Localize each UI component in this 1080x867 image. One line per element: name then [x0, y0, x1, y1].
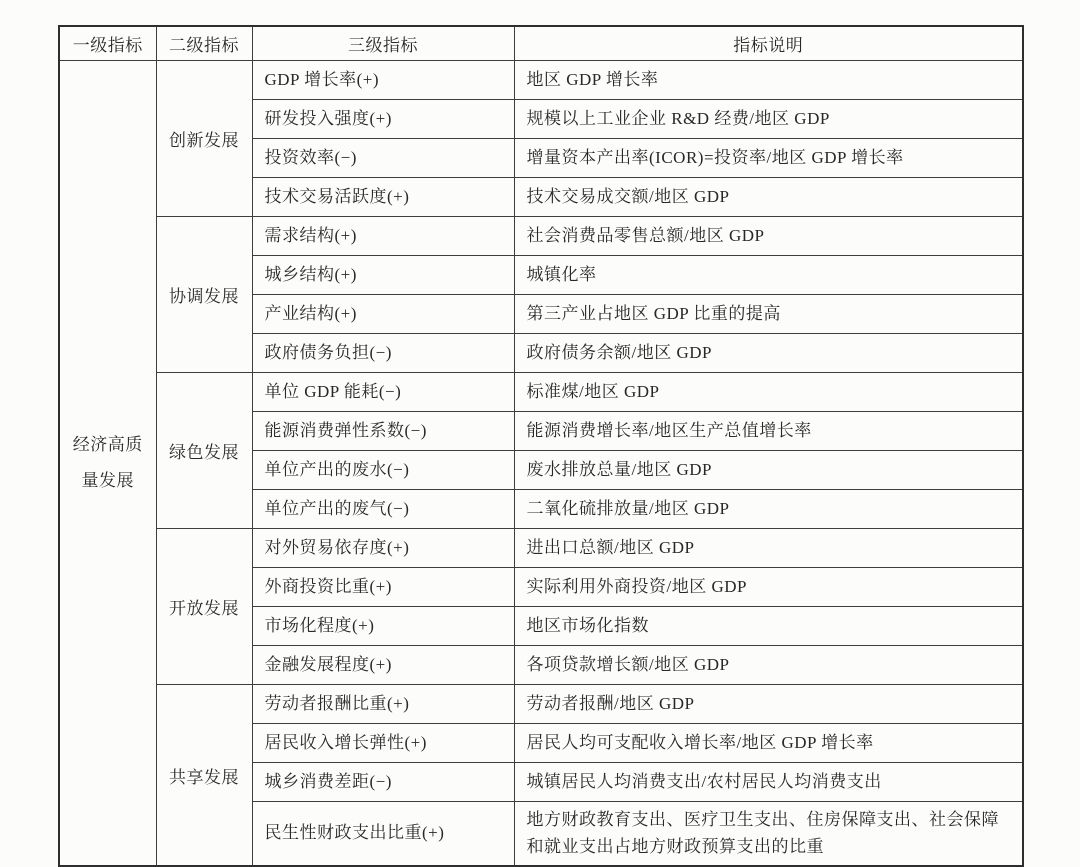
description-cell: 规模以上工业企业 R&D 经费/地区 GDP	[514, 100, 1023, 139]
level2-cell-shared: 共享发展	[156, 685, 252, 777]
header-row: 一级指标 二级指标 三级指标 指标说明	[59, 26, 1023, 61]
indicator-cell: 金融发展程度(+)	[252, 646, 514, 685]
description-cell: 城镇居民人均消费支出/农村居民人均消费支出	[514, 763, 1023, 777]
description-cell: 二氧化硫排放量/地区 GDP	[514, 490, 1023, 529]
indicator-cell: 对外贸易依存度(+)	[252, 529, 514, 568]
level2-cell-coordination: 协调发展	[156, 217, 252, 373]
description-cell: 地区市场化指数	[514, 607, 1023, 646]
level2-cell-green: 绿色发展	[156, 373, 252, 529]
description-cell: 各项贷款增长额/地区 GDP	[514, 646, 1023, 685]
indicator-cell: 单位 GDP 能耗(−)	[252, 373, 514, 412]
description-cell: 地区 GDP 增长率	[514, 61, 1023, 100]
table-row: 经济高质量发展 创新发展 GDP 增长率(+) 地区 GDP 增长率	[59, 61, 1023, 100]
indicator-cell: 技术交易活跃度(+)	[252, 178, 514, 217]
description-cell: 城镇化率	[514, 256, 1023, 295]
description-cell: 废水排放总量/地区 GDP	[514, 451, 1023, 490]
description-cell: 第三产业占地区 GDP 比重的提高	[514, 295, 1023, 334]
description-cell: 增量资本产出率(ICOR)=投资率/地区 GDP 增长率	[514, 139, 1023, 178]
indicator-cell: 单位产出的废水(−)	[252, 451, 514, 490]
indicator-cell: 研发投入强度(+)	[252, 100, 514, 139]
description-cell: 实际利用外商投资/地区 GDP	[514, 568, 1023, 607]
description-cell: 技术交易成交额/地区 GDP	[514, 178, 1023, 217]
header-indicator-description: 指标说明	[514, 26, 1023, 61]
indicator-cell: 城乡结构(+)	[252, 256, 514, 295]
header-level2-indicator: 二级指标	[156, 26, 252, 61]
description-cell: 标准煤/地区 GDP	[514, 373, 1023, 412]
description-cell: 进出口总额/地区 GDP	[514, 529, 1023, 568]
indicator-cell: 产业结构(+)	[252, 295, 514, 334]
indicator-cell: 外商投资比重(+)	[252, 568, 514, 607]
level2-cell-open: 开放发展	[156, 529, 252, 685]
level1-cell: 经济高质量发展	[59, 61, 156, 777]
document-page: 一级指标 二级指标 三级指标 指标说明 经济高质量发展 创新发展 GDP 增长率…	[58, 25, 1024, 776]
indicator-cell: 劳动者报酬比重(+)	[252, 685, 514, 724]
indicator-cell: 市场化程度(+)	[252, 607, 514, 646]
description-cell: 劳动者报酬/地区 GDP	[514, 685, 1023, 724]
indicator-cell: 能源消费弹性系数(−)	[252, 412, 514, 451]
table-row: 绿色发展 单位 GDP 能耗(−) 标准煤/地区 GDP	[59, 373, 1023, 412]
description-cell: 居民人均可支配收入增长率/地区 GDP 增长率	[514, 724, 1023, 763]
description-cell: 社会消费品零售总额/地区 GDP	[514, 217, 1023, 256]
table-row: 协调发展 需求结构(+) 社会消费品零售总额/地区 GDP	[59, 217, 1023, 256]
header-level3-indicator: 三级指标	[252, 26, 514, 61]
description-cell: 能源消费增长率/地区生产总值增长率	[514, 412, 1023, 451]
indicator-cell: 投资效率(−)	[252, 139, 514, 178]
indicator-cell: 居民收入增长弹性(+)	[252, 724, 514, 763]
indicator-cell: 政府债务负担(−)	[252, 334, 514, 373]
indicator-system-table: 一级指标 二级指标 三级指标 指标说明 经济高质量发展 创新发展 GDP 增长率…	[58, 25, 1024, 776]
indicator-cell: 需求结构(+)	[252, 217, 514, 256]
table-row: 开放发展 对外贸易依存度(+) 进出口总额/地区 GDP	[59, 529, 1023, 568]
level2-cell-innovation: 创新发展	[156, 61, 252, 217]
indicator-cell: GDP 增长率(+)	[252, 61, 514, 100]
indicator-cell: 城乡消费差距(−)	[252, 763, 514, 777]
table-row: 共享发展 劳动者报酬比重(+) 劳动者报酬/地区 GDP	[59, 685, 1023, 724]
description-cell: 政府债务余额/地区 GDP	[514, 334, 1023, 373]
header-level1-indicator: 一级指标	[59, 26, 156, 61]
indicator-cell: 单位产出的废气(−)	[252, 490, 514, 529]
